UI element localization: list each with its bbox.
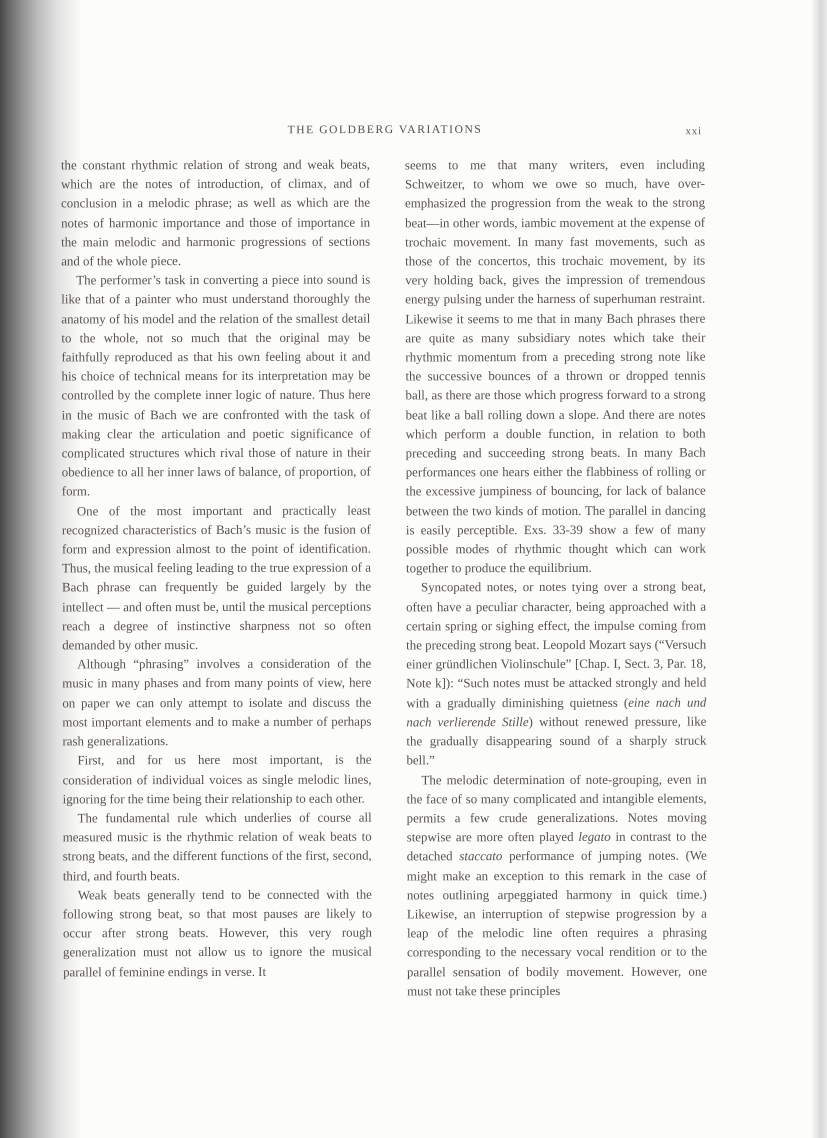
paragraph: One of the most important and practicall…: [62, 501, 371, 655]
running-head-row: THE GOLDBERG VARIATIONS xxi: [62, 123, 708, 143]
text-run: Weak beats generally tend to be connecte…: [63, 887, 372, 979]
scanned-book-page: THE GOLDBERG VARIATIONS xxi the constant…: [0, 0, 827, 1138]
right-column: seems to me that many writers, even incl…: [405, 156, 707, 1002]
page-title: THE GOLDBERG VARIATIONS: [62, 123, 708, 137]
text-run: Although “phrasing” involves a considera…: [62, 657, 371, 749]
left-column: the constant rhythmic relation of strong…: [61, 156, 372, 983]
page-edge-line: [811, 0, 827, 1138]
text-run: One of the most important and practicall…: [62, 503, 371, 652]
paragraph: The fundamental rule which underlies of …: [63, 809, 372, 887]
paragraph: seems to me that many writers, even incl…: [405, 156, 706, 579]
paragraph: the constant rhythmic relation of strong…: [61, 156, 370, 272]
paragraph: Weak beats generally tend to be connecte…: [63, 885, 372, 982]
page-number: xxi: [686, 126, 702, 137]
paragraph: The melodic determination of note-groupi…: [407, 770, 708, 1001]
italic-text-run: staccato: [459, 849, 502, 863]
text-run: The performer’s task in converting a pie…: [61, 273, 370, 499]
text-run: the constant rhythmic relation of strong…: [61, 158, 370, 269]
text-run: seems to me that many writers, even incl…: [405, 158, 706, 576]
text-run: Syncopated notes, or notes tying over a …: [406, 580, 706, 710]
paragraph: First, and for us here most important, i…: [62, 751, 371, 809]
italic-text-run: legato: [578, 830, 610, 844]
paragraph: Although “phrasing” involves a considera…: [62, 655, 371, 752]
text-run: performance of jumping notes. (We might …: [407, 849, 707, 998]
paragraph: Syncopated notes, or notes tying over a …: [406, 578, 707, 771]
paragraph: The performer’s task in converting a pie…: [61, 271, 371, 502]
text-run: The fundamental rule which underlies of …: [63, 811, 372, 883]
text-run: First, and for us here most important, i…: [63, 753, 372, 806]
